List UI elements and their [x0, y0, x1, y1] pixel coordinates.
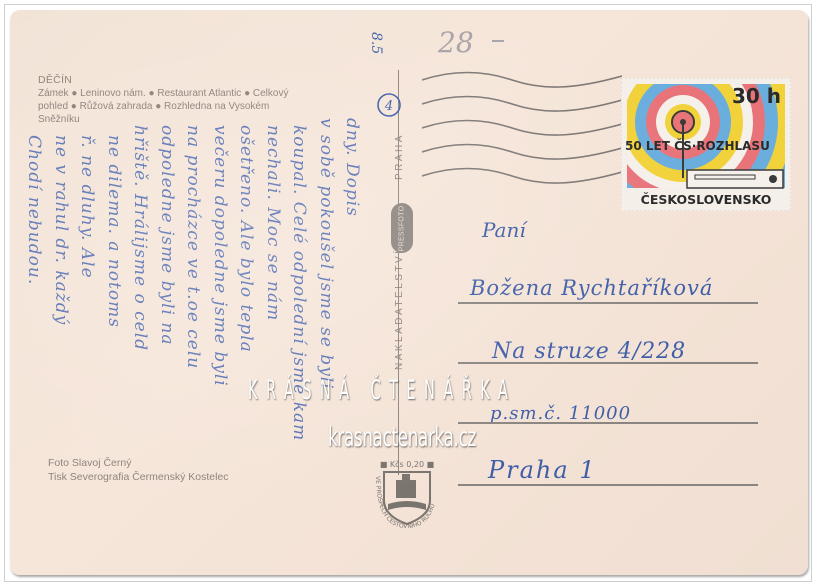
- address-salutation: Paní: [482, 218, 526, 242]
- svg-text:4: 4: [384, 99, 393, 114]
- svg-text:■ Kčs 0,20 ■: ■ Kčs 0,20 ■: [380, 459, 434, 469]
- message-line: ošetřeno. Ale bylo tepla: [236, 125, 256, 353]
- pencil-dash: [492, 40, 504, 42]
- svg-text:30 h: 30 h: [732, 84, 781, 108]
- address-postcode: p.sm.č. 11000: [490, 403, 631, 424]
- address-line-3: [458, 422, 758, 424]
- address-street: Na struze 4/228: [492, 339, 686, 364]
- message-line: ne dilema. a notoms: [104, 135, 124, 328]
- message-line: dny. Dopis: [342, 118, 362, 217]
- circled-number-icon: 4: [376, 92, 402, 118]
- svg-text:50 LET ČS·ROZHLASU: 50 LET ČS·ROZHLASU: [625, 138, 770, 153]
- watermark-url[interactable]: krasnactenarka.cz: [328, 422, 476, 453]
- printed-credits: Foto Slavoj Černý Tisk Severografia Čerm…: [48, 456, 229, 484]
- svg-text:ČESKOSLOVENSKO: ČESKOSLOVENSKO: [641, 192, 772, 207]
- address-name: Božena Rychtaříková: [470, 276, 713, 300]
- printed-caption: DĚČÍN Zámek ● Leninovo nám. ● Restaurant…: [38, 74, 288, 126]
- address-city: Praha 1: [488, 456, 597, 484]
- pressfoto-logo-text: PRESSFOTO: [399, 205, 406, 251]
- watermark-title: KRÁSNÁ ČTENÁŘKA: [248, 375, 516, 406]
- publisher-city: PRAHA: [394, 133, 405, 180]
- message-line: ř. ne dluhy. Ale: [77, 135, 97, 279]
- message-line: hřiště. Hrálijsme o celd: [130, 125, 150, 351]
- message-line: odpoledne jsme byli na: [157, 125, 177, 345]
- address-line-2: [458, 362, 758, 364]
- message-line: v sobě pokoušel jsme se byli: [316, 118, 336, 390]
- postage-stamp: 30 h 50 LET ČS·ROZHLASU ČESKOSLOVENSKO: [621, 78, 791, 211]
- message-line: nechali. Moc se nám: [263, 125, 283, 321]
- address-line-1: [458, 302, 758, 304]
- publisher-name: NAKLADATELSTVÍ: [394, 248, 405, 370]
- caption-line: Zámek ● Leninovo nám. ● Restaurant Atlan…: [38, 87, 288, 100]
- credit-print: Tisk Severografia Čermenský Kostelec: [48, 470, 229, 484]
- pressfoto-logo: PRESSFOTO: [391, 203, 413, 253]
- message-line: na procházce ve t.oe celu: [183, 125, 203, 369]
- credit-photo: Foto Slavoj Černý: [48, 456, 229, 470]
- message-line: večeru dopoledne jsme byli: [210, 125, 230, 387]
- address-line-4: [458, 484, 758, 486]
- postcard: DĚČÍN Zámek ● Leninovo nám. ● Restaurant…: [10, 10, 808, 575]
- pencil-note: 28: [438, 26, 474, 59]
- caption-title: DĚČÍN: [38, 74, 288, 87]
- tourism-cachet: ■ Kčs 0,20 ■ VE PROSPĚCH CESTOVNÍHO RUCH…: [362, 458, 452, 530]
- caption-line: pohled ● Růžová zahrada ● Rozhledna na V…: [38, 100, 288, 113]
- postmark-waves: [422, 70, 622, 190]
- message-line: Chodí nebudou.: [24, 135, 44, 285]
- message-line: ne v rahul dr. každý: [51, 135, 71, 325]
- blue-mark-top: 8.5: [368, 32, 384, 54]
